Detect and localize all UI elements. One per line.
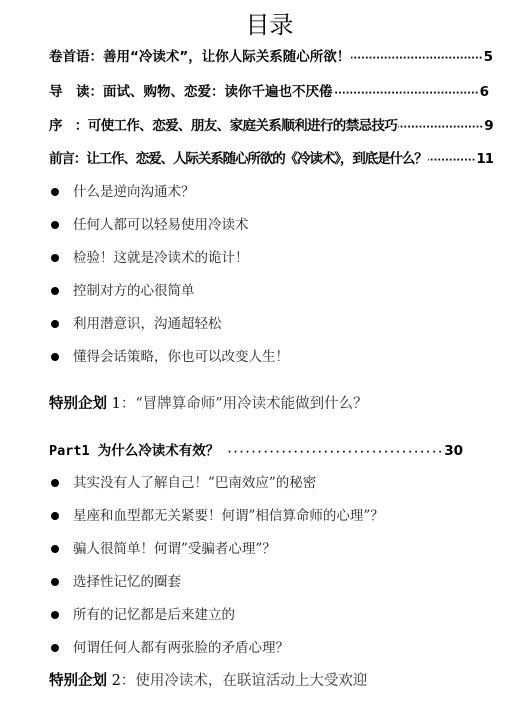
special-feature-label: 特别企划	[49, 396, 107, 412]
list-item-text: 何谓任何人都有两张脸的矛盾心理？	[73, 638, 289, 658]
special-feature-1[interactable]: 特别企划 1：“冒牌算命师”用冷读术能做到什么？	[49, 393, 368, 415]
special-feature-text: ：“冒牌算命师”用冷读术能做到什么？	[121, 396, 368, 412]
toc-leader-dots: ········································…	[351, 49, 482, 69]
toc-entry-preface[interactable]: 序 ：可使工作、恋爱、朋友、家庭关系顺利进行的禁忌技巧 ············…	[49, 116, 493, 138]
toc-entry-part1[interactable]: Part1 为什么冷读术有效？ ························…	[49, 441, 463, 463]
list-item-text: 选择性记忆的圈套	[73, 572, 181, 592]
list-item: 选择性记忆的圈套	[50, 572, 181, 592]
bullet-icon	[51, 287, 59, 295]
bullet-icon	[51, 221, 59, 229]
toc-page-number: 5	[484, 47, 493, 67]
bullet-icon	[51, 611, 59, 619]
special-feature-label: 特别企划	[49, 673, 107, 689]
list-item-text: 星座和血型都无关紧要！何谓”相信算命师的心理”？	[73, 506, 384, 526]
toc-page-number: 11	[476, 149, 493, 169]
toc-page-number: 30	[444, 441, 463, 461]
list-item: 星座和血型都无关紧要！何谓”相信算命师的心理”？	[50, 506, 384, 526]
toc-page-number: 9	[484, 116, 493, 136]
list-item-text: 所有的记忆都是后来建立的	[73, 605, 235, 625]
special-feature-text: ：使用冷读术，在联谊活动上大受欢迎	[121, 673, 368, 689]
toc-entry-text: 卷首语：善用“冷读术”，让你人际关系随心所欲！	[49, 47, 350, 67]
toc-entry-foreword[interactable]: 卷首语：善用“冷读术”，让你人际关系随心所欲！ ················…	[49, 47, 493, 69]
list-item: 控制对方的心很简单	[50, 281, 195, 301]
toc-entry-guide[interactable]: 导 读：面试、购物、恋爱：读你千遍也不厌倦 ··················…	[49, 82, 489, 104]
special-feature-2[interactable]: 特别企划 2：使用冷读术，在联谊活动上大受欢迎	[49, 670, 367, 692]
bullet-icon	[51, 188, 59, 196]
toc-entry-text: 前言：让工作、恋爱、人际关系随心所欲的《冷读术》，到底是什么？	[49, 149, 427, 169]
toc-leader-dots: ········································…	[398, 118, 483, 138]
toc-entry-text: 导 读：面试、购物、恋爱：读你千遍也不厌倦	[49, 82, 333, 102]
bullet-icon	[51, 254, 59, 262]
list-item-text: 其实没有人了解自己！”巴南效应”的秘密	[73, 473, 316, 493]
bullet-icon	[51, 479, 59, 487]
bullet-icon	[51, 320, 59, 328]
part-title: Part1 为什么冷读术有效？	[49, 441, 219, 461]
list-item-text: 懂得会话策略，你也可以改变人生！	[73, 347, 289, 367]
part-prefix: Part1	[49, 443, 98, 459]
special-feature-number: 1	[112, 396, 121, 412]
list-item: 何谓任何人都有两张脸的矛盾心理？	[50, 638, 289, 658]
list-item-text: 什么是逆向沟通术？	[73, 182, 195, 202]
special-feature-number: 2	[112, 673, 121, 689]
list-item-text: 控制对方的心很简单	[73, 281, 195, 301]
list-item: 什么是逆向沟通术？	[50, 182, 195, 202]
list-item: 所有的记忆都是后来建立的	[50, 605, 235, 625]
list-item-text: 骗人很简单！何谓”受骗者心理”？	[73, 539, 276, 559]
bullet-icon	[51, 578, 59, 586]
page-title: 目录	[0, 10, 531, 40]
toc-page-number: 6	[480, 82, 489, 102]
list-item-text: 检验！这就是冷读术的诡计！	[73, 248, 249, 268]
list-item: 检验！这就是冷读术的诡计！	[50, 248, 249, 268]
document-page: 目录 卷首语：善用“冷读术”，让你人际关系随心所欲！ ·············…	[0, 0, 531, 702]
bullet-icon	[51, 545, 59, 553]
list-item: 骗人很简单！何谓”受骗者心理”？	[50, 539, 276, 559]
toc-entry-text: 序 ：可使工作、恋爱、朋友、家庭关系顺利进行的禁忌技巧	[49, 116, 397, 136]
list-item: 利用潜意识，沟通超轻松	[50, 314, 222, 334]
toc-entry-introduction[interactable]: 前言：让工作、恋爱、人际关系随心所欲的《冷读术》，到底是什么？ ········…	[49, 149, 493, 171]
bullet-icon	[51, 644, 59, 652]
bullet-icon	[51, 353, 59, 361]
list-item-text: 利用潜意识，沟通超轻松	[73, 314, 222, 334]
part-title-text: 为什么冷读术有效？	[98, 443, 220, 459]
list-item: 任何人都可以轻易使用冷读术	[50, 215, 249, 235]
bullet-icon	[51, 512, 59, 520]
toc-leader-dots: ········································…	[334, 84, 479, 104]
toc-leader-dots: ········································…	[225, 443, 443, 463]
list-item: 其实没有人了解自己！”巴南效应”的秘密	[50, 473, 316, 493]
list-item-text: 任何人都可以轻易使用冷读术	[73, 215, 249, 235]
toc-leader-dots: ········································…	[428, 151, 476, 171]
list-item: 懂得会话策略，你也可以改变人生！	[50, 347, 289, 367]
